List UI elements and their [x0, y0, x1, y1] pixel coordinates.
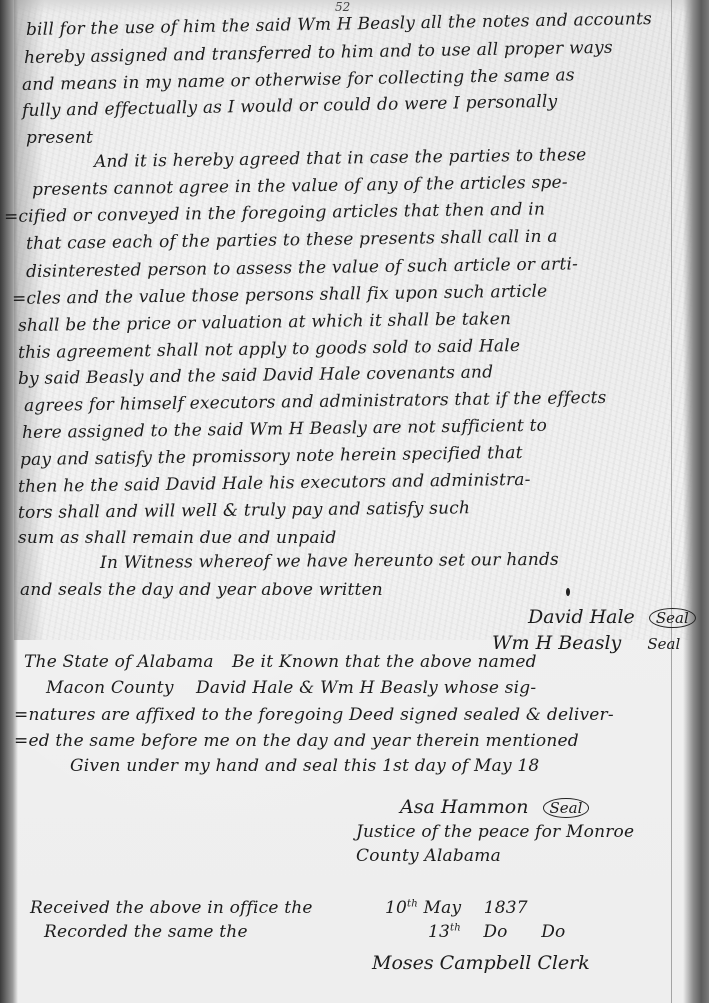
- officer-title: County Alabama: [356, 846, 501, 866]
- ack-line: =natures are affixed to the foregoing De…: [14, 705, 614, 725]
- received-month: May: [424, 898, 462, 918]
- received-date: 10th May 1837: [385, 898, 528, 918]
- ack-line: David Hale & Wm H Beasly whose sig-: [196, 678, 536, 698]
- ack-line: Be it Known that the above named: [232, 652, 537, 672]
- deed-line: by said Beasly and the said David Hale c…: [18, 362, 493, 389]
- clerk-signature: Moses Campbell Clerk: [372, 952, 590, 974]
- deed-line: pay and satisfy the promissory note here…: [20, 443, 523, 470]
- signature-david-hale: David Hale Seal: [528, 606, 696, 628]
- deed-line: sum as shall remain due and unpaid: [18, 528, 336, 548]
- deed-line: fully and effectually as I would or coul…: [22, 92, 558, 121]
- ack-line: Given under my hand and seal this 1st da…: [70, 756, 539, 776]
- day-suffix: th: [450, 922, 461, 933]
- deed-line: hereby assigned and transferred to him a…: [24, 38, 613, 68]
- deed-line: disinterested person to assess the value…: [26, 254, 578, 282]
- recorded-day: 13: [428, 922, 450, 942]
- document-page: 52 bill for the use of him the said Wm H…: [0, 0, 709, 1003]
- county-label: Macon County: [46, 678, 174, 698]
- ink-spot: [566, 588, 570, 596]
- seal-mark: Seal: [649, 608, 696, 628]
- signature-name: David Hale: [528, 606, 635, 628]
- signature-wm-beasly: Wm H Beasly Seal: [492, 632, 680, 654]
- deed-line: In Witness whereof we have hereunto set …: [100, 550, 559, 573]
- deed-line: then he the said David Hale his executor…: [18, 470, 531, 497]
- recorded-date: 13th Do Do: [428, 922, 565, 942]
- recorded-month: Do: [483, 922, 507, 942]
- deed-line: presents cannot agree in the value of an…: [32, 173, 568, 200]
- deed-line: this agreement shall not apply to goods …: [18, 336, 520, 363]
- recorded-year: Do: [541, 922, 565, 942]
- received-day: 10: [385, 898, 407, 918]
- right-page-edge: [683, 0, 709, 1003]
- state-label: The State of Alabama: [24, 652, 214, 672]
- deed-line: =cified or conveyed in the foregoing art…: [4, 199, 545, 227]
- officer-title: Justice of the peace for Monroe: [356, 822, 634, 842]
- deed-line: =cles and the value those persons shall …: [12, 282, 548, 309]
- seal-label: Seal: [647, 635, 680, 653]
- signature-name: Wm H Beasly: [492, 632, 621, 654]
- deed-line: agrees for himself executors and adminis…: [24, 388, 607, 416]
- deed-line: present: [26, 128, 93, 148]
- folio-mark: 52: [335, 0, 350, 14]
- deed-line: and means in my name or otherwise for co…: [22, 65, 575, 95]
- deed-line: that case each of the parties to these p…: [26, 227, 558, 254]
- deed-line: here assigned to the said Wm H Beasly ar…: [22, 416, 547, 443]
- ack-line: =ed the same before me on the day and ye…: [14, 731, 579, 751]
- received-year: 1837: [484, 898, 528, 918]
- officer-signature: Asa Hammon Seal: [400, 796, 589, 818]
- deed-line: tors shall and will well & truly pay and…: [18, 498, 470, 523]
- deed-line: shall be the price or valuation at which…: [18, 309, 511, 336]
- recorded-label: Recorded the same the: [44, 922, 248, 942]
- received-label: Received the above in office the: [30, 898, 313, 918]
- deed-line: and seals the day and year above written: [20, 580, 383, 600]
- margin-rule: [671, 0, 672, 1003]
- day-suffix: th: [407, 898, 418, 909]
- officer-name: Asa Hammon: [400, 796, 528, 818]
- deed-line: And it is hereby agreed that in case the…: [94, 145, 587, 172]
- seal-mark: Seal: [543, 798, 590, 818]
